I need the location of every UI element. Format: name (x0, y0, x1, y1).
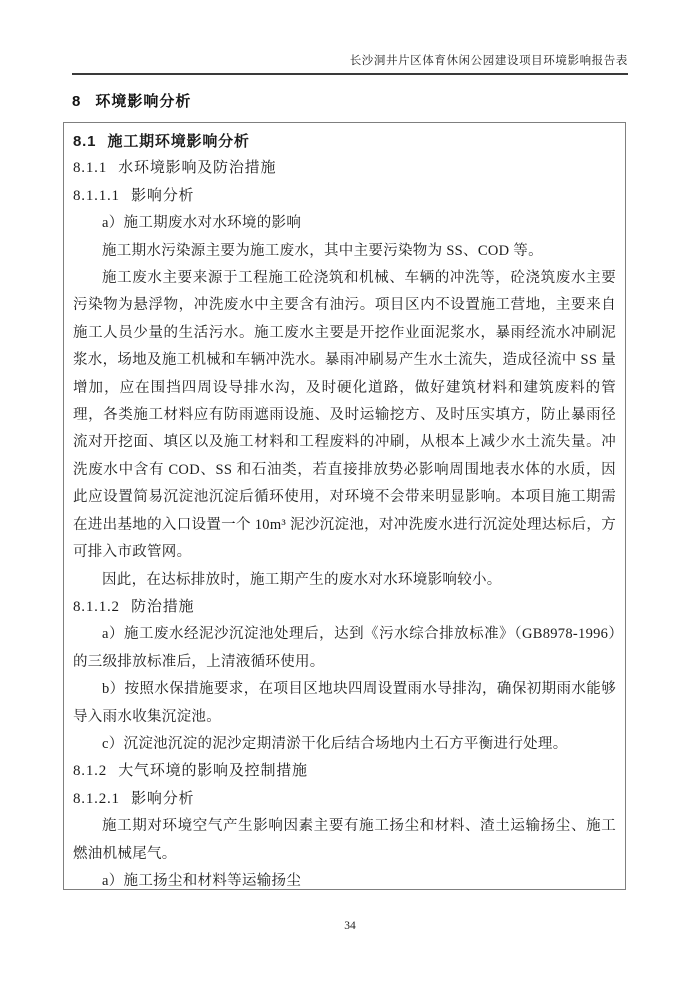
page-header: 长沙洞井片区体育休闲公园建设项目环境影响报告表 (72, 52, 628, 75)
heading-number: 8.1.1 (73, 160, 107, 176)
heading-number: 8.1.1.1 (73, 188, 120, 204)
heading-title: 防治措施 (131, 599, 194, 615)
chapter-number: 8 (72, 93, 81, 110)
chapter-title: 环境影响分析 (95, 93, 191, 110)
paragraph-4: a）施工期废水对水环境的影响 (73, 210, 616, 237)
heading-title: 影响分析 (131, 791, 194, 807)
paragraph-10: b）按照水保措施要求，在项目区地块四周设置雨水导排沟，确保初期雨水能够导入雨水收… (73, 676, 616, 731)
document-page: 长沙洞井片区体育休闲公园建设项目环境影响报告表 8环境影响分析 8.1施工期环境… (0, 0, 700, 989)
heading-8.1.1.2: 8.1.1.2防治措施 (73, 594, 616, 621)
heading-8.1.1: 8.1.1水环境影响及防治措施 (73, 155, 616, 182)
heading-8.1: 8.1施工期环境影响分析 (73, 128, 616, 155)
content-box: 8.1施工期环境影响分析8.1.1水环境影响及防治措施8.1.1.1影响分析a）… (63, 122, 626, 890)
heading-number: 8.1.1.2 (73, 599, 120, 615)
heading-8.1.2.1: 8.1.2.1影响分析 (73, 786, 616, 813)
heading-number: 8.1 (73, 133, 96, 150)
paragraph-7: 因此，在达标排放时，施工期产生的废水对水环境影响较小。 (73, 567, 616, 594)
heading-8.1.1.1: 8.1.1.1影响分析 (73, 183, 616, 210)
paragraph-5: 施工期水污染源主要为施工废水，其中主要污染物为 SS、COD 等。 (73, 238, 616, 265)
paragraph-14: 施工期对环境空气产生影响因素主要有施工扬尘和材料、渣土运输扬尘、施工燃油机械尾气… (73, 813, 616, 868)
heading-number: 8.1.2.1 (73, 791, 120, 807)
paragraph-6: 施工废水主要来源于工程施工砼浇筑和机械、车辆的冲洗等，砼浇筑废水主要污染物为悬浮… (73, 265, 616, 566)
paragraph-9: a）施工废水经泥沙沉淀池处理后，达到《污水综合排放标准》（GB8978-1996… (73, 621, 616, 676)
paragraph-15: a）施工扬尘和材料等运输扬尘 (73, 868, 616, 890)
heading-title: 大气环境的影响及控制措施 (118, 763, 308, 779)
page-number: 34 (0, 920, 700, 932)
heading-title: 施工期环境影响分析 (108, 133, 250, 150)
heading-title: 影响分析 (131, 188, 194, 204)
chapter-heading: 8环境影响分析 (72, 90, 191, 111)
heading-number: 8.1.2 (73, 763, 107, 779)
heading-8.1.2: 8.1.2大气环境的影响及控制措施 (73, 758, 616, 785)
report-header-title: 长沙洞井片区体育休闲公园建设项目环境影响报告表 (350, 55, 628, 67)
heading-title: 水环境影响及防治措施 (118, 160, 276, 176)
paragraph-11: c）沉淀池沉淀的泥沙定期清淤干化后结合场地内土石方平衡进行处理。 (73, 731, 616, 758)
